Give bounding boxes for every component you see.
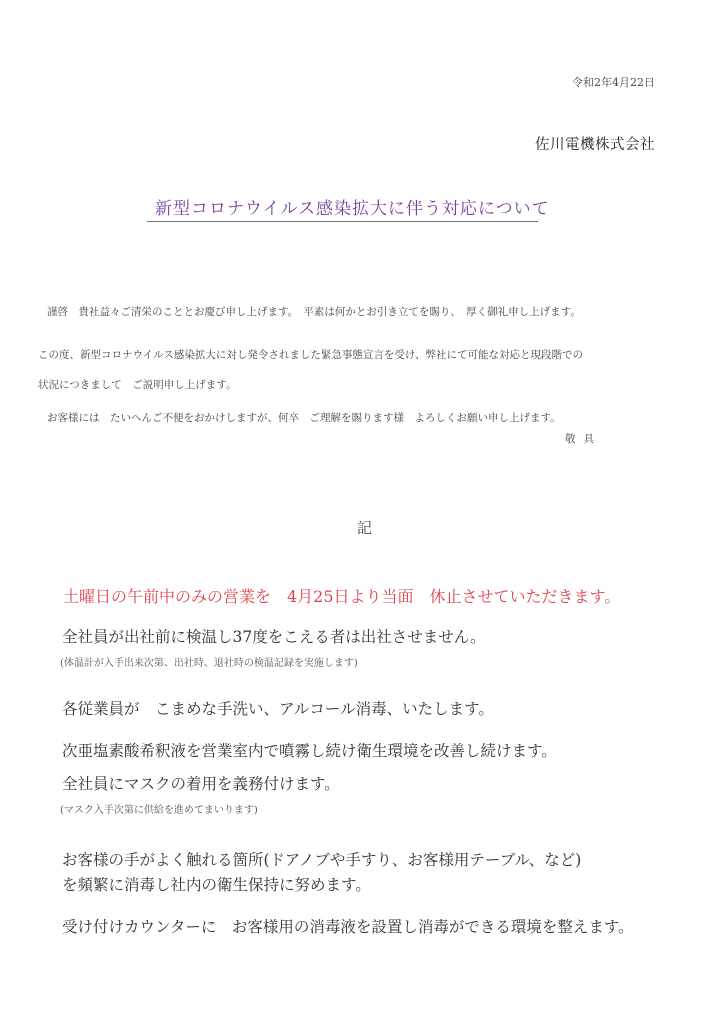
company-name: 佐川電機株式会社 [535,133,655,154]
notice-item-surfaces-line-1: お客様の手がよく触れる箇所(ドアノブや手すり、お客様用テーブル、など) [62,848,581,870]
notice-item-handwashing: 各従業員が こまめな手洗い、アルコール消毒、いたします。 [62,697,494,719]
document-title: 新型コロナウイルス感染拡大に伴う対応について [147,194,538,222]
title-part-1: 新型 [155,199,191,219]
highlight-notice: 土曜日の午前中のみの営業を 4月25日より当面 休止させていただきます。 [63,584,620,607]
body-line-2: 状況につきまして ご説明申し上げます。 [38,377,236,392]
title-part-2: コロナウイルス [191,199,316,219]
greeting-line: 謹啓 貴社益々ご清栄のこととお慶び申し上げます。 平素は何かとお引き立てを賜り、… [47,304,581,319]
notice-item-masks: 全社員にマスクの着用を義務付けます。 [62,772,340,794]
body-line-1: この度、新型コロナウイルス感染拡大に対し発令されました緊急事態宣言を受け、弊社に… [38,347,583,362]
notice-note-temperature: (体温計が入手出来次第、出社時、退社時の検温記録を実施します) [60,654,358,669]
notice-item-disinfectant-spray: 次亜塩素酸希釈液を営業室内で噴霧し続け衛生環境を改善し続けます。 [62,739,557,761]
notice-item-reception-sanitizer: 受け付けカウンターに お客様用の消毒液を設置し消毒ができる環境を整えます。 [62,915,634,937]
body-line-3: お客様には たいへんご不便をおかけしますが、何卒 ご理解を賜ります様 よろしくお… [47,410,561,425]
notice-note-masks: (マスク入手次第に供給を進めてまいります) [60,801,258,816]
document-date: 令和2年4月22日 [572,74,655,90]
closing-salutation: 敬具 [565,431,602,446]
ki-heading: 記 [357,517,372,538]
notice-item-surfaces-line-2: を頻繁に消毒し社内の衛生保持に努めます。 [62,873,371,895]
notice-item-temperature: 全社員が出社前に検温し37度をこえる者は出社させません。 [62,625,486,647]
title-part-3: 感染拡大に伴う対応について [316,199,550,219]
